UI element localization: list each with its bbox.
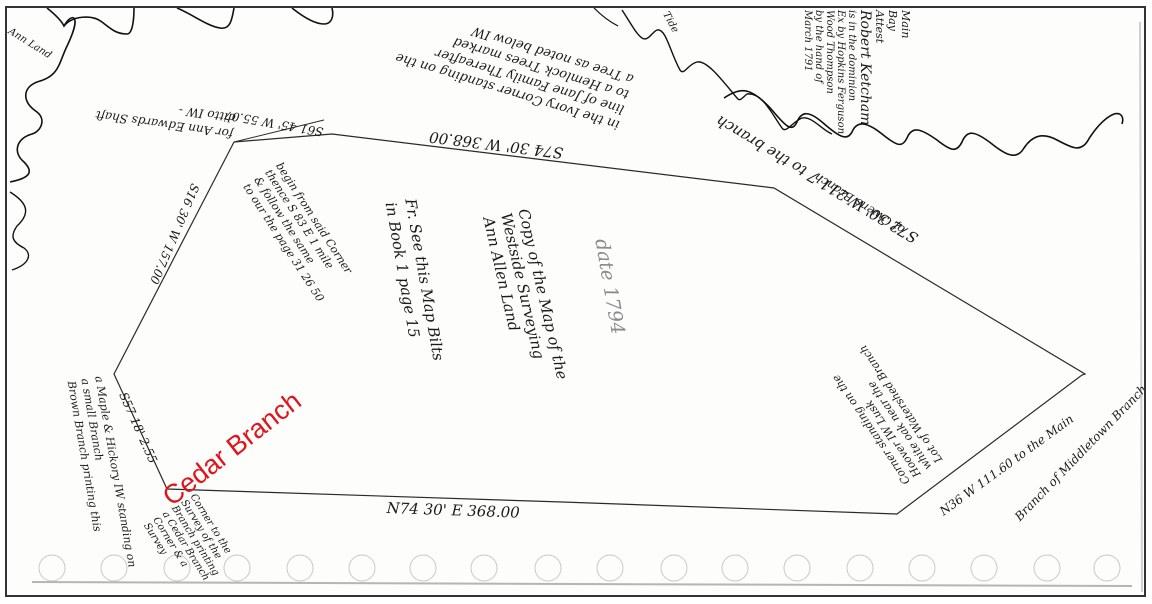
map-frame: S74 30' W 368.00 S72 30' W 211.7 to the … xyxy=(5,6,1146,597)
stream-top xyxy=(64,8,333,34)
annotation-line: by the hand of xyxy=(813,10,824,134)
annotation-line: Wood Thompson xyxy=(824,10,835,134)
annotation-line: Robert Ketcham xyxy=(857,10,873,134)
annotation-line: Bay xyxy=(886,10,899,134)
annotation-line: Attest xyxy=(873,10,886,134)
stream-left-lower xyxy=(10,192,28,270)
annotation-line: Ex by Hopkins Ferguson xyxy=(835,10,846,134)
annotation-top-right: Main Bay Attest Robert Ketcham is in the… xyxy=(802,10,912,134)
annotation-line: Main xyxy=(899,10,912,134)
stream-right xyxy=(724,91,1123,156)
survey-plat: S74 30' W 368.00 S72 30' W 211.7 to the … xyxy=(5,6,1146,597)
annotation-line: is in the dominion xyxy=(846,10,857,134)
annotation-line: March 1791 xyxy=(802,10,813,134)
